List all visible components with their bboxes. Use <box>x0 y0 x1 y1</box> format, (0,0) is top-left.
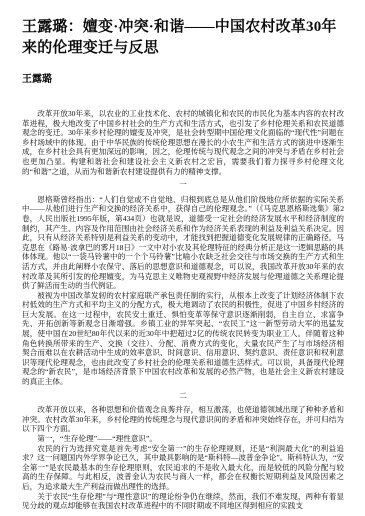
document-page: 王露璐：嬗变·冲突·和谐——中国农村改革30年来的伦理变迁与反思 王露璐 改革开… <box>0 0 365 516</box>
article-body: 改革开放30年来，以农业的工业技术化、农村的城镇化和农民的市民化为基本内容的农村… <box>22 109 344 511</box>
section-marker-one: 一 <box>22 180 344 190</box>
paragraph-conflicts-overview: 改革开放以来，各种思想和价值观念良莠并存，相互激荡，也使道德领域出现了种种矛盾和… <box>22 405 344 434</box>
article-title: 王露璐：嬗变·冲突·和谐——中国农村改革30年来的伦理变迁与反思 <box>22 17 344 59</box>
paragraph-engels-quote: 恩格斯曾经指出：“人们自觉或不自觉地、归根到底总是从他们阶级地位所依据的实际关系… <box>22 195 344 291</box>
section-marker-two: 二 <box>22 391 344 401</box>
paragraph-first-point-heading: 第一，“生存伦理”——“理性意识”。 <box>22 434 344 444</box>
paragraph-intro: 改革开放30年来，以农业的工业技术化、农村的城镇化和农民的市民化为基本内容的农村… <box>22 109 344 176</box>
paragraph-rural-reform: 被视为中国改革发轫的农村家庭联产承包责任制的实行，从根本上改变了计划经济体制下农… <box>22 291 344 387</box>
author-name: 王露璐 <box>22 70 344 85</box>
paragraph-scott-popkin-debate: 农民的行为选择究竟是首先考虑“安全第一”的生存伦理规则，还是“利润最大化”的利益… <box>22 444 344 492</box>
paragraph-debate-continues: 关于农民“生存伦理”与“理性意识”的理论纷争仍在继续，然而，我们不难发现，两种有… <box>22 492 344 511</box>
